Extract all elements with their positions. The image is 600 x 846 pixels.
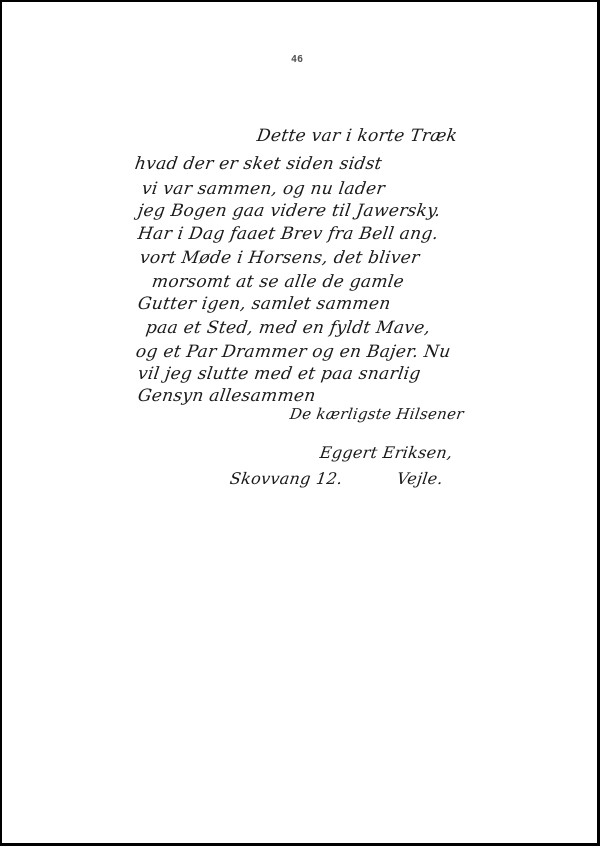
letter-line: Har i Dag faaet Brev fra Bell ang. <box>137 224 440 244</box>
letter-line: Gensyn allesammen <box>137 386 317 406</box>
letter-line: jeg Bogen gaa videre til Jawersky. <box>137 201 442 221</box>
letter-line: hvad der er sket siden sidst <box>134 154 384 174</box>
letter-line: vil jeg slutte med et paa snarlig <box>137 364 422 384</box>
letter-line: paa et Sted, med en fyldt Mave, <box>145 318 432 338</box>
signature-address: Skovvang 12. <box>229 469 344 488</box>
letter-line: vort Møde i Horsens, det bliver <box>139 248 421 268</box>
page-number: 46 <box>291 54 303 65</box>
signature-name: Eggert Eriksen, <box>319 443 454 462</box>
closing-salutation: De kærligste Hilsener <box>289 405 465 423</box>
letter-line: Dette var i korte Træk <box>256 126 459 146</box>
letter-line: morsomt at se alle de gamle <box>151 272 406 292</box>
signature-town: Vejle. <box>396 469 445 488</box>
letter-line: vi var sammen, og nu lader <box>141 179 387 199</box>
letter-line: Gutter igen, samlet sammen <box>137 294 392 314</box>
letter-line: og et Par Drammer og en Bajer. Nu <box>135 342 452 362</box>
letter-page: 46 Dette var i korte Træk hvad der er sk… <box>0 0 600 846</box>
